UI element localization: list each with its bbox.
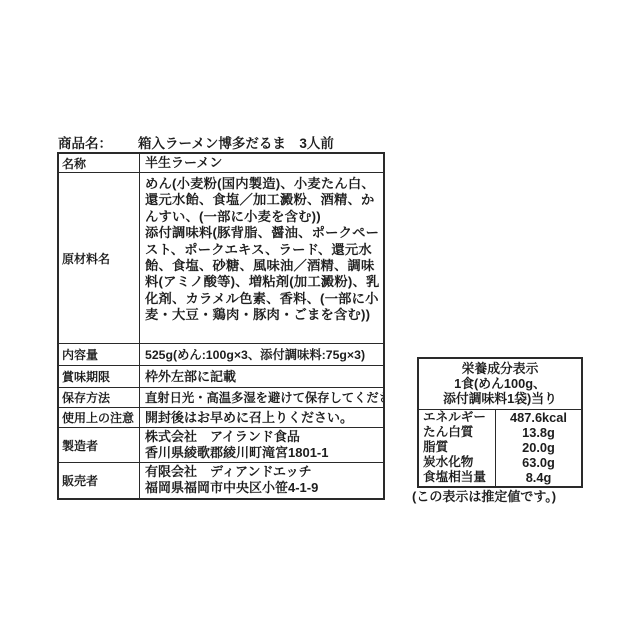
nutrition-label-salt: 食塩相当量 [419,470,496,485]
ingredients-noodle-text: めん(小麦粉(国内製造)、小麦たん白、還元水飴、食塩／加工澱粉、酒精、かんすい、… [145,176,380,225]
product-name-label: 商品名： [58,132,138,152]
spec-value-net-content: 525g(めん:100g×3、添付調味料:75g×3) [140,344,385,366]
spec-value-usage-note: 開封後はお早めに召上りください。 [140,408,385,428]
nutrition-serving-line1: 1食(めん100g、 [419,376,581,391]
spec-row-net-content: 内容量 525g(めん:100g×3、添付調味料:75g×3) [58,344,384,366]
nutrition-label-carbohydrate: 炭水化物 [419,455,496,470]
ingredients-seasoning-text: 添付調味料(豚背脂、醤油、ポークペースト、ポークエキス、ラード、還元水飴、食塩、… [145,225,380,323]
product-name-line: 商品名： 箱入ラーメン博多だるま 3人前 [58,132,334,152]
spec-label-net-content: 内容量 [58,344,140,366]
spec-row-ingredients: 原材料名 めん(小麦粉(国内製造)、小麦たん白、還元水飴、食塩／加工澱粉、酒精、… [58,173,384,344]
spec-label-usage-note: 使用上の注意 [58,408,140,428]
nutrition-row-fat: 脂質 20.0g [419,440,581,455]
manufacturer-address: 香川県綾歌郡綾川町滝宮1801-1 [145,445,380,461]
nutrition-value-fat: 20.0g [496,440,581,455]
nutrition-header: 栄養成分表示 1食(めん100g、 添付調味料1袋)当り [419,359,581,410]
product-name-value: 箱入ラーメン博多だるま 3人前 [138,132,334,152]
spec-label-best-before: 賞味期限 [58,366,140,388]
nutrition-title: 栄養成分表示 [419,361,581,376]
spec-value-manufacturer: 株式会社 アイランド食品 香川県綾歌郡綾川町滝宮1801-1 [140,428,385,463]
spec-label-ingredients: 原材料名 [58,173,140,344]
seller-company: 有限会社 ディアンドエッチ [145,464,380,480]
spec-table: 名称 半生ラーメン 原材料名 めん(小麦粉(国内製造)、小麦たん白、還元水飴、食… [57,152,385,500]
spec-value-best-before: 枠外左部に記載 [140,366,385,388]
spec-row-usage-note: 使用上の注意 開封後はお早めに召上りください。 [58,408,384,428]
spec-value-ingredients: めん(小麦粉(国内製造)、小麦たん白、還元水飴、食塩／加工澱粉、酒精、かんすい、… [140,173,385,344]
nutrition-body: エネルギー 487.6kcal たん白質 13.8g 脂質 20.0g 炭水化物… [419,410,581,486]
spec-label-name: 名称 [58,153,140,173]
nutrition-row-salt: 食塩相当量 8.4g [419,470,581,485]
manufacturer-company: 株式会社 アイランド食品 [145,429,380,445]
spec-label-storage: 保存方法 [58,388,140,408]
spec-value-seller: 有限会社 ディアンドエッチ 福岡県福岡市中央区小笹4-1-9 [140,463,385,499]
nutrition-label-energy: エネルギー [419,410,496,425]
product-label-sheet: 商品名： 箱入ラーメン博多だるま 3人前 名称 半生ラーメン 原材料名 めん(小… [0,0,640,640]
nutrition-label-protein: たん白質 [419,425,496,440]
nutrition-value-protein: 13.8g [496,425,581,440]
spec-label-manufacturer: 製造者 [58,428,140,463]
spec-value-name: 半生ラーメン [140,153,385,173]
spec-row-name: 名称 半生ラーメン [58,153,384,173]
nutrition-label-fat: 脂質 [419,440,496,455]
nutrition-row-protein: たん白質 13.8g [419,425,581,440]
spec-row-manufacturer: 製造者 株式会社 アイランド食品 香川県綾歌郡綾川町滝宮1801-1 [58,428,384,463]
spec-value-storage: 直射日光・高温多湿を避けて保存してください。 [140,388,385,408]
nutrition-value-energy: 487.6kcal [496,410,581,425]
nutrition-table: 栄養成分表示 1食(めん100g、 添付調味料1袋)当り エネルギー 487.6… [417,357,583,488]
spec-row-storage: 保存方法 直射日光・高温多湿を避けて保存してください。 [58,388,384,408]
spec-row-seller: 販売者 有限会社 ディアンドエッチ 福岡県福岡市中央区小笹4-1-9 [58,463,384,499]
nutrition-value-salt: 8.4g [496,470,581,485]
nutrition-row-energy: エネルギー 487.6kcal [419,410,581,425]
seller-address: 福岡県福岡市中央区小笹4-1-9 [145,480,380,496]
spec-row-best-before: 賞味期限 枠外左部に記載 [58,366,384,388]
nutrition-estimate-note: (この表示は推定値です。) [412,486,556,505]
spec-label-seller: 販売者 [58,463,140,499]
nutrition-serving-line2: 添付調味料1袋)当り [419,391,581,406]
nutrition-row-carbohydrate: 炭水化物 63.0g [419,455,581,470]
nutrition-value-carbohydrate: 63.0g [496,455,581,470]
